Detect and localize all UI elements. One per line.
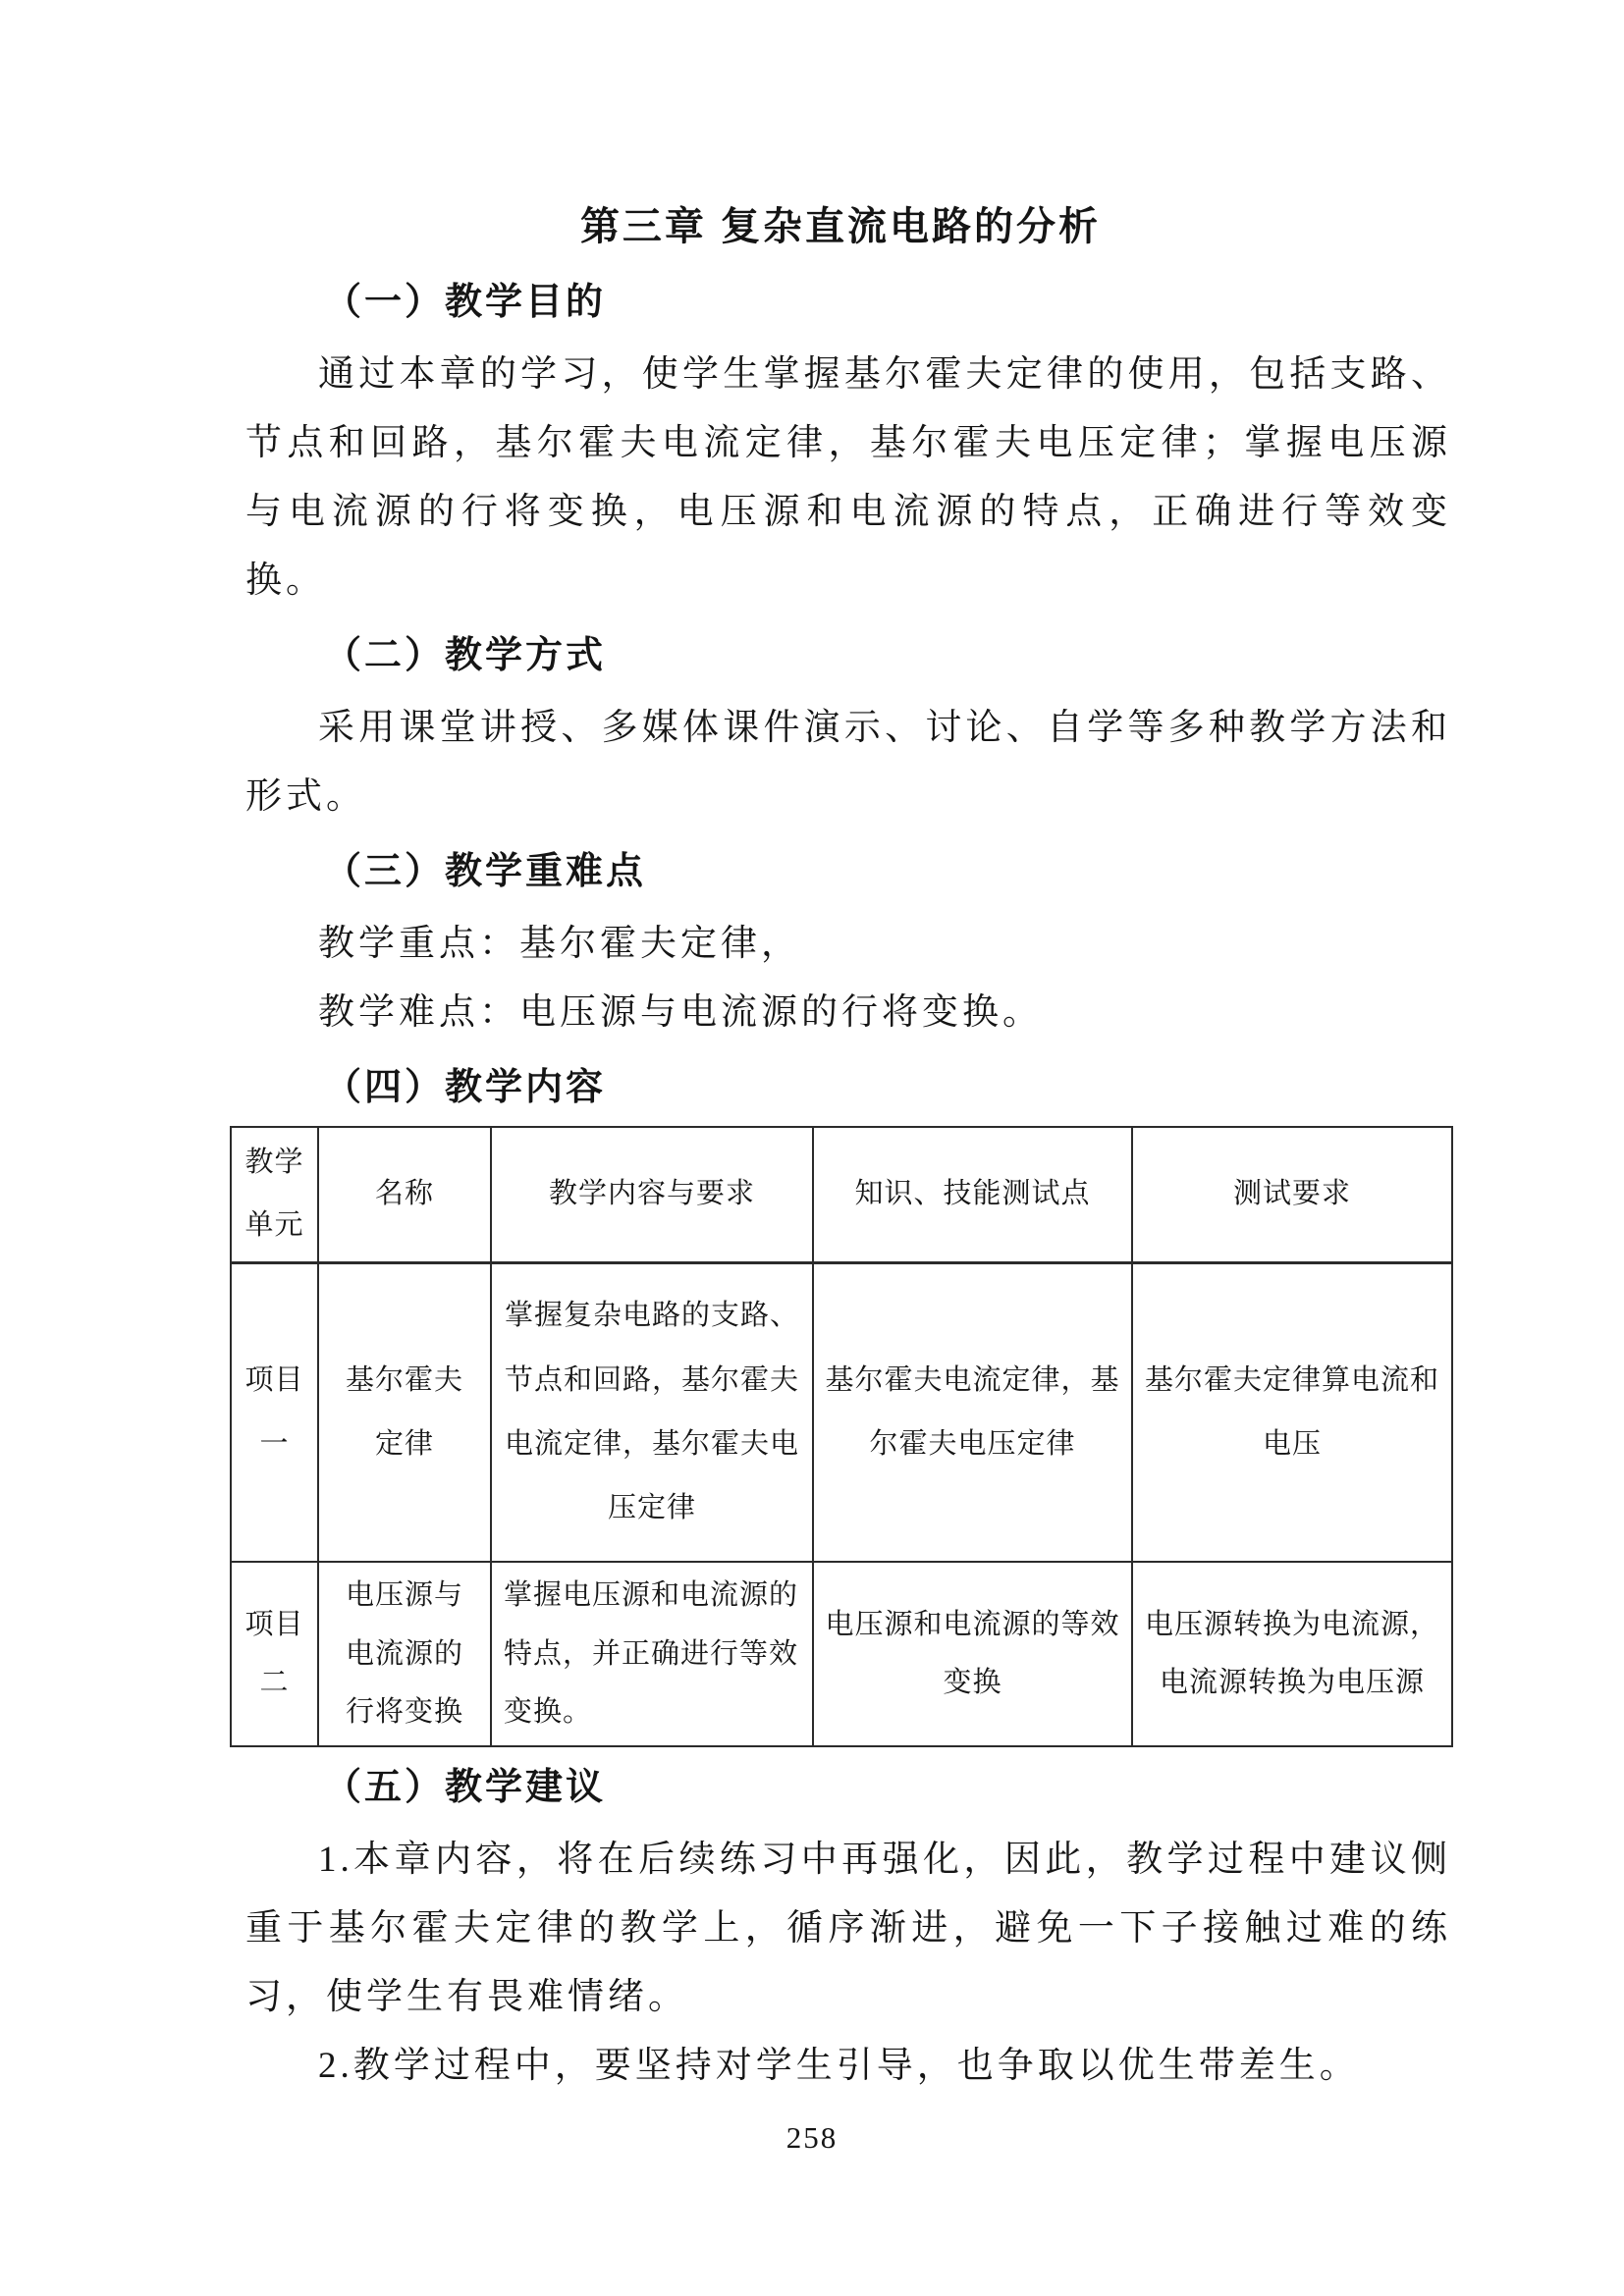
table-cell-test-requirements-2: 电压源转换为电流源，电流源转换为电压源	[1132, 1562, 1452, 1746]
table-header-knowledge-skill-test-points: 知识、技能测试点	[813, 1127, 1132, 1262]
paragraph-key-point: 教学重点：基尔霍夫定律，	[245, 910, 1451, 979]
table-row-project-1: 项目一 基尔霍夫定律 掌握复杂电路的支路、节点和回路，基尔霍夫电流定律，基尔霍夫…	[231, 1262, 1452, 1562]
page-number: 258	[0, 2120, 1624, 2156]
section-heading-key-difficult-points: （三）教学重难点	[324, 847, 1451, 896]
table-header-test-requirements: 测试要求	[1132, 1127, 1452, 1262]
paragraph-difficult-point: 教学难点：电压源与电流源的行将变换。	[245, 979, 1451, 1047]
section-heading-teaching-suggestions: （五）教学建议	[324, 1763, 1451, 1812]
paragraph-suggestion-2: 2.教学过程中，要坚持对学生引导，也争取以优生带差生。	[245, 2032, 1451, 2101]
table-header-row: 教学单元 名称 教学内容与要求 知识、技能测试点 测试要求	[231, 1127, 1452, 1262]
paragraph-teaching-purpose: 通过本章的学习，使学生掌握基尔霍夫定律的使用，包括支路、节点和回路，基尔霍夫电流…	[245, 341, 1451, 615]
table-cell-test-requirements-1: 基尔霍夫定律算电流和电压	[1132, 1262, 1452, 1562]
table-cell-test-points-2: 电压源和电流源的等效变换	[813, 1562, 1132, 1746]
section-heading-teaching-method: （二）教学方式	[324, 631, 1451, 680]
table-cell-content-1: 掌握复杂电路的支路、节点和回路，基尔霍夫电流定律，基尔霍夫电压定律	[491, 1262, 813, 1562]
table-cell-test-points-1: 基尔霍夫电流定律，基尔霍夫电压定律	[813, 1262, 1132, 1562]
page-title: 第三章 复杂直流电路的分析	[230, 201, 1451, 252]
table-cell-content-2: 掌握电压源和电流源的特点，并正确进行等效变换。	[491, 1562, 813, 1746]
paragraph-suggestion-1: 1.本章内容，将在后续练习中再强化，因此，教学过程中建议侧重于基尔霍夫定律的教学…	[245, 1826, 1451, 2032]
table-cell-unit-1: 项目一	[231, 1262, 318, 1562]
table-cell-name-2: 电压源与电流源的行将变换	[318, 1562, 491, 1746]
table-cell-name-1: 基尔霍夫定律	[318, 1262, 491, 1562]
teaching-content-table: 教学单元 名称 教学内容与要求 知识、技能测试点 测试要求 项目一 基尔霍夫定律…	[230, 1126, 1453, 1747]
table-header-name: 名称	[318, 1127, 491, 1262]
table-cell-unit-2: 项目二	[231, 1562, 318, 1746]
table-header-teaching-unit: 教学单元	[231, 1127, 318, 1262]
table-row-project-2: 项目二 电压源与电流源的行将变换 掌握电压源和电流源的特点，并正确进行等效变换。…	[231, 1562, 1452, 1746]
document-page: 第三章 复杂直流电路的分析 （一）教学目的 通过本章的学习，使学生掌握基尔霍夫定…	[0, 0, 1624, 2296]
section-heading-teaching-purpose: （一）教学目的	[324, 278, 1451, 327]
table-header-content-requirements: 教学内容与要求	[491, 1127, 813, 1262]
paragraph-teaching-method: 采用课堂讲授、多媒体课件演示、讨论、自学等多种教学方法和形式。	[245, 694, 1451, 831]
section-heading-teaching-content: （四）教学内容	[324, 1063, 1451, 1112]
